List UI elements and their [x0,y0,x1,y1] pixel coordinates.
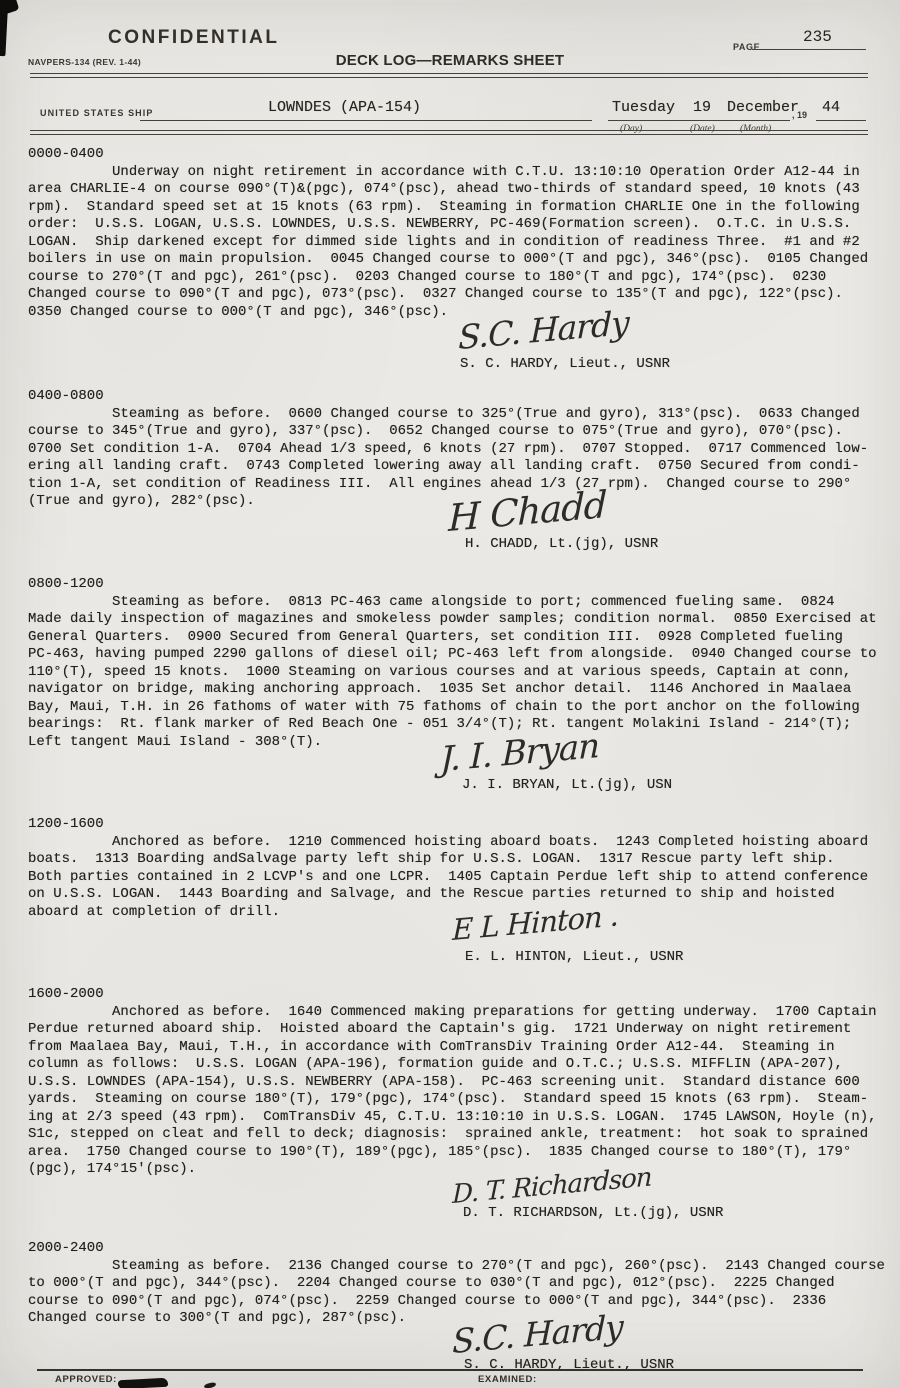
signature-typed: J. I. BRYAN, Lt.(jg), USN [462,777,672,793]
year-value: 44 [822,99,840,116]
page-number: 235 [803,28,832,46]
header-divider-bottom [30,130,868,135]
ship-label: UNITED STATES SHIP [40,108,153,118]
log-entry-text: Anchored as before. 1640 Commenced makin… [28,1004,888,1179]
year-underline [816,120,866,121]
log-section-0000-0400: 0000-0400 Underway on night retirement i… [28,146,888,321]
examined-label: EXAMINED: [478,1374,537,1385]
log-section-1200-1600: 1200-1600 Anchored as before. 1210 Comme… [28,816,888,921]
date-underline [608,120,790,121]
signature-typed: H. CHADD, Lt.(jg), USNR [465,536,658,552]
page-number-underline [752,49,866,50]
watch-period: 1600-2000 [28,986,888,1004]
footer-divider [37,1369,863,1371]
page-title: DECK LOG—REMARKS SHEET [0,52,900,69]
classification-stamp: CONFIDENTIAL [108,27,279,49]
watch-period: 0800-1200 [28,576,888,594]
log-entry-text: Steaming as before. 0600 Changed course … [28,406,888,511]
log-entry-text: Anchored as before. 1210 Commenced hoist… [28,834,888,922]
watch-period: 2000-2400 [28,1240,888,1258]
watch-period: 0400-0800 [28,388,888,406]
log-section-1600-2000: 1600-2000 Anchored as before. 1640 Comme… [28,986,888,1179]
ship-name: LOWNDES (APA-154) [268,99,421,116]
scan-artifact [118,1378,168,1388]
log-section-2000-2400: 2000-2400 Steaming as before. 2136 Chang… [28,1240,888,1328]
log-entry-text: Steaming as before. 0813 PC-463 came alo… [28,594,888,752]
log-entry-text: Underway on night retirement in accordan… [28,164,888,322]
scan-artifact [0,0,9,56]
date-number: 19 [693,99,711,116]
scan-artifact [204,1382,217,1388]
log-section-0400-0800: 0400-0800 Steaming as before. 0600 Chang… [28,388,888,511]
date-day: Tuesday [612,99,675,116]
page-label: PAGE [733,42,760,52]
approved-label: APPROVED: [55,1374,117,1385]
log-section-0800-1200: 0800-1200 Steaming as before. 0813 PC-46… [28,576,888,751]
header-divider-top [30,73,868,78]
watch-period: 1200-1600 [28,816,888,834]
date-month: December [727,99,799,116]
ship-name-underline [140,120,592,121]
deck-log-page: CONFIDENTIAL NAVPERS-134 (REV. 1-44) DEC… [0,0,900,1388]
year-prefix: , 19 [792,110,807,120]
signature-typed: E. L. HINTON, Lieut., USNR [465,949,683,965]
signature-typed: S. C. HARDY, Lieut., USNR [460,356,670,372]
watch-period: 0000-0400 [28,146,888,164]
log-entry-text: Steaming as before. 2136 Changed course … [28,1258,888,1328]
signature-typed: D. T. RICHARDSON, Lt.(jg), USNR [463,1205,723,1221]
